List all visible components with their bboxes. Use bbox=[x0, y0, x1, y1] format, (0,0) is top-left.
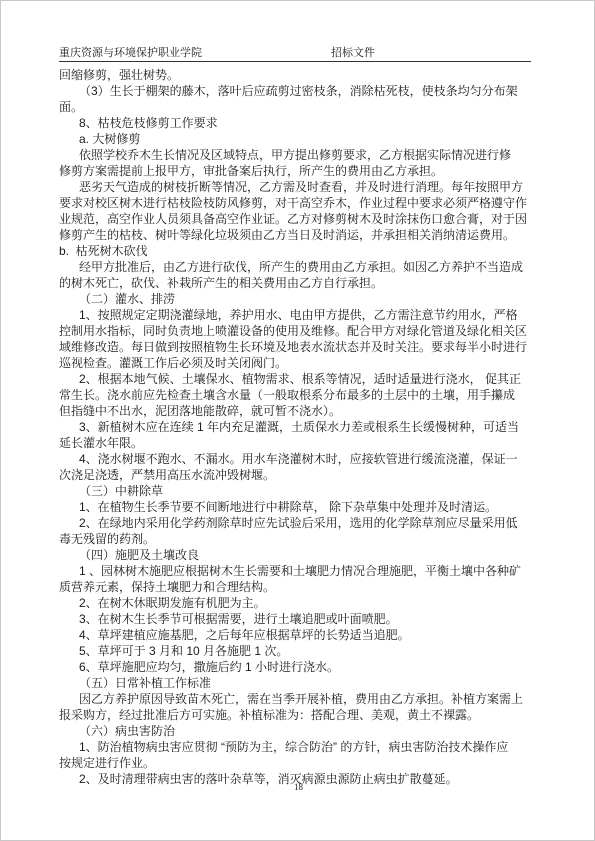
text-line: （3）生长于棚架的藤木，落叶后应疏剪过密枝条，消除枯死枝，使枝条均匀分布架 bbox=[59, 83, 533, 99]
text-line: 2、根据本地气候、土壤保水、植物需求、根系等情况，适时适量进行浇水， 促其正 bbox=[59, 371, 533, 387]
text-line: 面。 bbox=[59, 99, 533, 115]
text-line: （六）病虫害防治 bbox=[59, 723, 533, 739]
text-line: 按规定进行作业。 bbox=[59, 755, 533, 771]
text-line: 3、新植树木应在连续 1 年内充足灌溉，土质保水力差或根系生长缓慢树种，可适当 bbox=[59, 419, 533, 435]
text-line: 巡视检查。灌溉工作后必须及时关闭阀门。 bbox=[59, 355, 533, 371]
text-line: b. 枯死树木砍伐 bbox=[59, 243, 533, 259]
text-line: 控制用水指标，同时负责地上喷灌设备的使用及维修。配合甲方对绿化管道及绿化相关区 bbox=[59, 323, 533, 339]
text-line: 3、在树木生长季节可根据需要，进行土壤追肥或叶面喷肥。 bbox=[59, 611, 533, 627]
text-line: 6、草坪施肥应均匀，撒施后约 1 小时进行浇水。 bbox=[59, 659, 533, 675]
text-line: 业规范，高空作业人员须具备高空作业证。乙方对修剪树木及时涂抹伤口愈合膏，对于因 bbox=[59, 211, 533, 227]
text-line: 常生长。浇水前应先检查土壤含水量（一般取根系分布最多的土层中的土壤，用手攥成团， bbox=[59, 387, 533, 403]
text-line: 报采购方，经过批准后方可实施。补植标准为：搭配合理、美观，黄土不裸露。 bbox=[59, 707, 533, 723]
text-line: 4、草坪建植应施基肥，之后每年应根据草坪的长势适当追肥。 bbox=[59, 627, 533, 643]
text-line: 域维修改造。每日做到按照植物生长环境及地表水流状态并及时关注。要求每半小时进行 bbox=[59, 339, 533, 355]
text-line: 5、草坪可于 3 月和 10 月各施肥 1 次。 bbox=[59, 643, 533, 659]
document-body: 回缩修剪，强壮树势。（3）生长于棚架的藤木，落叶后应疏剪过密枝条，消除枯死枝，使… bbox=[59, 67, 533, 787]
page-header: 重庆资源与环境保护职业学院 招标文件 bbox=[59, 46, 531, 60]
text-line: 经甲方批准后，由乙方进行砍伐，所产生的费用由乙方承担。如因乙方养护不当造成 bbox=[59, 259, 533, 275]
header-school-name: 重庆资源与环境保护职业学院 bbox=[59, 46, 202, 60]
text-line: 修剪产生的枯枝、树叶等绿化垃圾须由乙方当日及时消运，并承担相关消纳清运费用。 bbox=[59, 227, 533, 243]
text-line: 1、在植物生长季节要不间断地进行中耕除草， 除下杂草集中处理并及时清运。 bbox=[59, 499, 533, 515]
text-line: 1、按照规定定期浇灌绿地，养护用水、电由甲方提供，乙方需注意节约用水，严格 bbox=[59, 307, 533, 323]
text-line: 修剪方案需提前上报甲方，审批备案后执行，所产生的费用由乙方承担。 bbox=[59, 163, 533, 179]
text-line: 8、枯枝危枝修剪工作要求 bbox=[59, 115, 533, 131]
text-line: 恶劣天气造成的树枝折断等情况，乙方需及时查看，并及时进行消理。每年按照甲方 bbox=[59, 179, 533, 195]
text-line: 2、在树木休眠期发施有机肥为主。 bbox=[59, 595, 533, 611]
text-line: 要求对校区树木进行枯枝险枝防风修剪，对干高空乔木，作业过程中要求必须严格遵守作 bbox=[59, 195, 533, 211]
text-line: 1、防治植物病虫害应贯彻 “预防为主，综合防治” 的方针，病虫害防治技术操作应 bbox=[59, 739, 533, 755]
text-line: 次浇足浇透，严禁用高压水流冲毁树堰。 bbox=[59, 467, 533, 483]
text-line: 因乙方养护原因导致苗木死亡，需在当季开展补植，费用由乙方承担。补植方案需上 bbox=[59, 691, 533, 707]
text-line: （五）日常补植工作标准 bbox=[59, 675, 533, 691]
text-line: 的树木死亡，砍伐、补栽所产生的相关费用由乙方自行承担。 bbox=[59, 275, 533, 291]
document-page: 重庆资源与环境保护职业学院 招标文件 回缩修剪，强壮树势。（3）生长于棚架的藤木… bbox=[0, 0, 595, 841]
text-line: （二）灌水、排涝 bbox=[59, 291, 533, 307]
text-line: 延长灌水年限。 bbox=[59, 435, 533, 451]
text-line: 但指缝中不出水，泥团落地能散碎，就可暂不浇水）。 bbox=[59, 403, 533, 419]
text-line: 毒无残留的药剂。 bbox=[59, 531, 533, 547]
text-line: 4、浇水树堰不跑水、不漏水。用水车浇灌树木时，应接软管进行缓流浇灌，保证一 bbox=[59, 451, 533, 467]
header-doc-label: 招标文件 bbox=[331, 46, 375, 60]
text-line: （三）中耕除草 bbox=[59, 483, 533, 499]
text-line: 1 、园林树木施肥应根据树木生长需要和土壤肥力情况合理施肥，平衡土壤中各种矿 bbox=[59, 563, 533, 579]
page-footer: 18 bbox=[1, 782, 595, 792]
header-rule bbox=[59, 61, 531, 62]
text-line: 依照学校乔木生长情况及区域特点，甲方提出修剪要求，乙方根据实际情况进行修剪， bbox=[59, 147, 533, 163]
text-line: （四）施肥及土壤改良 bbox=[59, 547, 533, 563]
text-line: a. 大树修剪 bbox=[59, 131, 533, 147]
text-line: 2、在绿地内采用化学药剂除草时应先试验后采用，选用的化学除草剂应尽量采用低 bbox=[59, 515, 533, 531]
page-number: 18 bbox=[294, 782, 303, 792]
text-line: 质营养元素，保持土壤肥力和合理结构。 bbox=[59, 579, 533, 595]
text-line: 回缩修剪，强壮树势。 bbox=[59, 67, 533, 83]
